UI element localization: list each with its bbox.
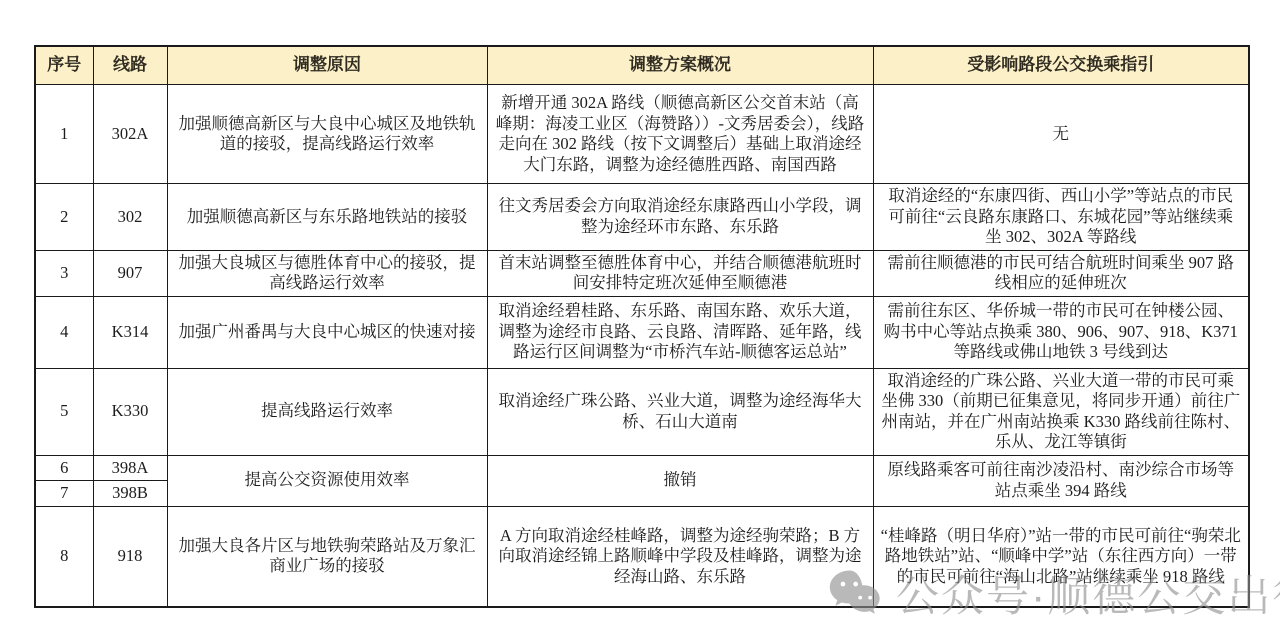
cell-route: K314 <box>93 296 167 368</box>
cell-seq: 4 <box>35 296 93 368</box>
cell-reason: 加强顺德高新区与东乐路地铁站的接驳 <box>167 184 487 251</box>
header-route: 线路 <box>93 46 167 85</box>
cell-plan: 取消途经碧桂路、东乐路、南国东路、欢乐大道，调整为途经市良路、云良路、清晖路、延… <box>487 296 873 368</box>
cell-route: 302 <box>93 184 167 251</box>
cell-seq: 5 <box>35 368 93 455</box>
header-guide: 受影响路段公交换乘指引 <box>873 46 1249 85</box>
cell-route: K330 <box>93 368 167 455</box>
adjustment-table: 序号 线路 调整原因 调整方案概况 受影响路段公交换乘指引 1 302A 加强顺… <box>34 45 1250 608</box>
table-row: 4 K314 加强广州番禺与大良中心城区的快速对接 取消途经碧桂路、东乐路、南国… <box>35 296 1249 368</box>
header-seq: 序号 <box>35 46 93 85</box>
cell-guide: 需前往东区、华侨城一带的市民可在钟楼公园、购书中心等站点换乘 380、906、9… <box>873 296 1249 368</box>
header-plan: 调整方案概况 <box>487 46 873 85</box>
cell-guide: “桂峰路（明日华府）”站一带的市民可前往“驹荣北路地铁站”站、“顺峰中学”站（东… <box>873 506 1249 607</box>
cell-guide: 需前往顺德港的市民可结合航班时间乘坐 907 路线相应的延伸班次 <box>873 250 1249 296</box>
table-row: 8 918 加强大良各片区与地铁驹荣路站及万象汇商业广场的接驳 A 方向取消途经… <box>35 506 1249 607</box>
cell-seq: 6 <box>35 455 93 481</box>
cell-reason: 提高线路运行效率 <box>167 368 487 455</box>
table-row: 6 398A 提高公交资源使用效率 撤销 原线路乘客可前往南沙凌沿村、南沙综合市… <box>35 455 1249 481</box>
cell-reason: 加强大良城区与德胜体育中心的接驳，提高线路运行效率 <box>167 250 487 296</box>
cell-reason: 加强广州番禺与大良中心城区的快速对接 <box>167 296 487 368</box>
cell-guide: 取消途经的“东康四街、西山小学”等站点的市民可前往“云良路东康路口、东城花园”等… <box>873 184 1249 251</box>
cell-plan: 首末站调整至德胜体育中心，并结合顺德港航班时间安排特定班次延伸至顺德港 <box>487 250 873 296</box>
header-row: 序号 线路 调整原因 调整方案概况 受影响路段公交换乘指引 <box>35 46 1249 85</box>
cell-plan-merged: 撤销 <box>487 455 873 506</box>
cell-plan: 取消途经广珠公路、兴业大道，调整为途经海华大桥、石山大道南 <box>487 368 873 455</box>
header-reason: 调整原因 <box>167 46 487 85</box>
cell-guide: 无 <box>873 85 1249 184</box>
cell-guide: 取消途经的广珠公路、兴业大道一带的市民可乘坐佛 330（前期已征集意见，将同步开… <box>873 368 1249 455</box>
cell-route: 398B <box>93 481 167 507</box>
cell-reason: 加强大良各片区与地铁驹荣路站及万象汇商业广场的接驳 <box>167 506 487 607</box>
cell-guide-merged: 原线路乘客可前往南沙凌沿村、南沙综合市场等站点乘坐 394 路线 <box>873 455 1249 506</box>
cell-route: 918 <box>93 506 167 607</box>
cell-reason-merged: 提高公交资源使用效率 <box>167 455 487 506</box>
cell-plan: A 方向取消途经桂峰路，调整为途经驹荣路；B 方向取消途经锦上路顺峰中学段及桂峰… <box>487 506 873 607</box>
table-row: 5 K330 提高线路运行效率 取消途经广珠公路、兴业大道，调整为途经海华大桥、… <box>35 368 1249 455</box>
cell-plan: 往文秀居委会方向取消途经东康路西山小学段，调整为途经环市东路、东乐路 <box>487 184 873 251</box>
cell-route: 302A <box>93 85 167 184</box>
table-row: 2 302 加强顺德高新区与东乐路地铁站的接驳 往文秀居委会方向取消途经东康路西… <box>35 184 1249 251</box>
cell-seq: 3 <box>35 250 93 296</box>
table-row: 1 302A 加强顺德高新区与大良中心城区及地铁轨道的接驳，提高线路运行效率 新… <box>35 85 1249 184</box>
cell-route: 907 <box>93 250 167 296</box>
cell-plan: 新增开通 302A 路线（顺德高新区公交首末站（高峰期：海凌工业区（海赞路））-… <box>487 85 873 184</box>
cell-seq: 8 <box>35 506 93 607</box>
cell-seq: 2 <box>35 184 93 251</box>
cell-reason: 加强顺德高新区与大良中心城区及地铁轨道的接驳，提高线路运行效率 <box>167 85 487 184</box>
table-row: 3 907 加强大良城区与德胜体育中心的接驳，提高线路运行效率 首末站调整至德胜… <box>35 250 1249 296</box>
cell-seq: 7 <box>35 481 93 507</box>
bus-route-adjustment-table: 序号 线路 调整原因 调整方案概况 受影响路段公交换乘指引 1 302A 加强顺… <box>34 45 1250 608</box>
cell-seq: 1 <box>35 85 93 184</box>
cell-route: 398A <box>93 455 167 481</box>
